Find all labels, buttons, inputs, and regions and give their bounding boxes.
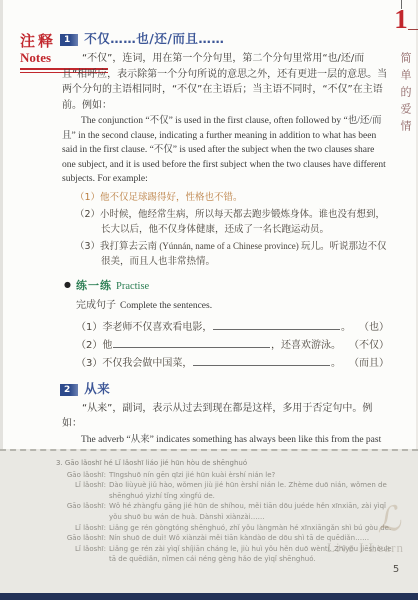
bottom-bar [0, 593, 418, 600]
speaker-name: Lǐ lǎoshī: [56, 523, 106, 534]
exercise-hint-word: （而且） [349, 355, 389, 373]
dialogue-line: Gāo lǎoshī: Tīngshuō nín gēn qīzi jié hū… [56, 470, 392, 481]
speaker-name: Lǐ lǎoshī: [56, 544, 106, 565]
answer-blank-line [113, 337, 270, 348]
section2-title: 从来 [84, 381, 110, 396]
example-pinyin-gloss: (Yúnnán, name of a Chinese province) [157, 241, 301, 251]
watermark-flourish-icon: ℒ [373, 498, 403, 541]
exercise-hint-word: （不仅） [349, 337, 389, 355]
exercise-number: （3） [76, 355, 102, 373]
exercise-number: （2） [76, 337, 102, 355]
speaker-text: Tīngshuō nín gēn qīzi jié hūn kuài èrshí… [109, 470, 392, 481]
practise-instruction: 完成句子Complete the sentences. [76, 298, 389, 314]
section2-number-badge: 2 [60, 384, 78, 396]
example-number: （3） [75, 241, 100, 252]
exercise-text-before: 不仅我会做中国菜， [102, 355, 192, 373]
exercise-text-after: 。 [331, 355, 341, 373]
speaker-name: Gāo lǎoshī: [56, 533, 106, 544]
exercise-text-before: 他 [102, 337, 112, 355]
speaker-name: Gāo lǎoshī: [56, 470, 106, 481]
section2-explanation-zh: “从来”，副词，表示从过去到现在都是这样，多用于否定句中。例如： [62, 401, 389, 432]
speaker-text: Wǒ hé zhàngfu gāng jié hūn de shíhou, mě… [109, 501, 392, 522]
section1-example-3: （3）我打算去云南 (Yúnnán, name of a Chinese pro… [62, 239, 389, 269]
speaker-text: Liǎng ge rén gòngtóng shēnghuó, zhǐ yǒu … [109, 523, 392, 534]
section2-header: 2从来 [60, 381, 389, 396]
example-text: 我打算去云南 [100, 241, 157, 252]
exercise-item-3: （3）不仅我会做中国菜，。（而且） [76, 355, 389, 373]
section1-header: 1不仅……也/还/而且…… [60, 31, 389, 46]
chapter-title-vertical: 简单的爱情 [397, 52, 413, 137]
chapter-number-dash [408, 29, 418, 30]
section1-title: 不仅……也/还/而且…… [84, 31, 224, 46]
watermark-text: Live I Learn [327, 540, 404, 556]
dialogue-heading: 3. Gāo lǎoshī hé Lǐ lǎoshī liáo jié hūn … [56, 458, 392, 469]
exercise-item-2: （2）他，还喜欢游泳。（不仅） [76, 337, 389, 355]
exercise-text-after: 。 [341, 319, 351, 337]
example-text: 他不仅足球踢得好，性格也不错。 [100, 192, 243, 203]
example-number: （2） [75, 209, 100, 220]
speaker-name: Gāo lǎoshī: [56, 501, 106, 522]
instruction-en: Complete the sentences. [120, 301, 212, 311]
section1-number-badge: 1 [60, 34, 78, 46]
speaker-name: Lǐ lǎoshī: [56, 480, 106, 501]
pinyin-dialogue-panel: 3. Gāo lǎoshī hé Lǐ lǎoshī liáo jié hūn … [0, 449, 418, 593]
example-number: （1） [75, 192, 100, 203]
practise-title-en: Practise [116, 281, 149, 292]
section1-explanation-en: The conjunction “不仅” is used in the firs… [62, 114, 389, 187]
exercise-text-after: ，还喜欢游泳。 [271, 337, 341, 355]
exercise-hint-word: （也） [359, 319, 389, 337]
example-text: 小时候，他经常生病，所以每天都去跑步锻炼身体。谁也没有想到，长大以后，他不仅身体… [100, 209, 385, 235]
exercise-number: （1） [76, 319, 102, 337]
bullet-icon: ● [64, 280, 71, 289]
dialogue-line: Gāo lǎoshī: Wǒ hé zhàngfu gāng jié hūn d… [56, 501, 392, 522]
practise-title-zh: 练一练 [76, 279, 112, 292]
instruction-zh: 完成句子 [76, 300, 116, 311]
section1-explanation-zh: “不仅”，连词，用在第一个分句里，第二个分句里常用“也/还/而且”相呼应，表示除… [62, 51, 389, 113]
exercise-text-before: 李老师不仅喜欢看电影， [102, 319, 212, 337]
page-number: 5 [386, 564, 406, 575]
answer-blank-line [213, 319, 340, 330]
section1-example-1: （1）他不仅足球踢得好，性格也不错。 [62, 190, 389, 205]
dialogue-line: Lǐ lǎoshī: Dào liùyuè jiǔ hào, wǒmen jiù… [56, 480, 392, 501]
answer-blank-line [193, 355, 330, 366]
exercise-item-1: （1）李老师不仅喜欢看电影，。（也） [76, 319, 389, 337]
section1-example-2: （2）小时候，他经常生病，所以每天都去跑步锻炼身体。谁也没有想到，长大以后，他不… [62, 207, 389, 237]
practise-heading: ●练一练Practise [64, 276, 389, 295]
dialogue-line: Lǐ lǎoshī: Liǎng ge rén gòngtóng shēnghu… [56, 523, 392, 534]
speaker-text: Dào liùyuè jiǔ hào, wǒmen jiù jié hūn èr… [109, 480, 392, 501]
